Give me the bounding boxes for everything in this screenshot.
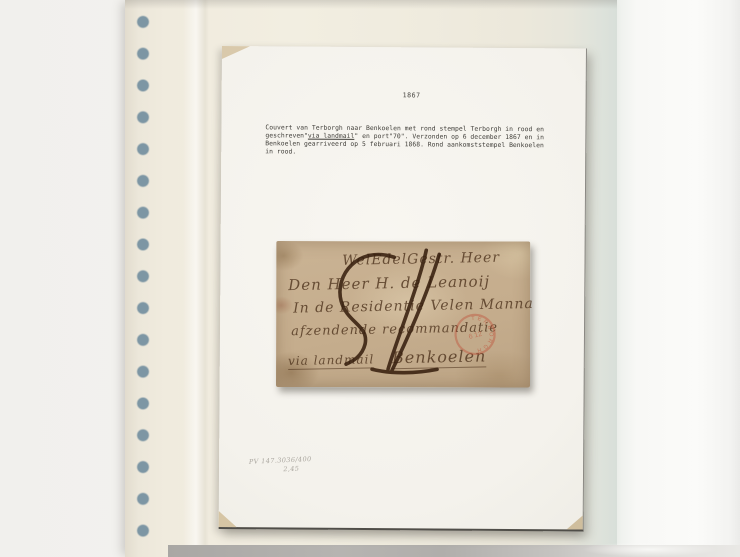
page-title-year: 1867 [266,91,558,101]
background-surface [617,0,740,557]
handwriting-line: In de Residentie Velen Manna [293,296,534,317]
album-page-photo: KA-BE 1867 Couvert van Terborgh naar Ben… [0,0,740,557]
corner-fold-top-left [222,46,250,59]
exhibit-sheet: 1867 Couvert van Terborgh naar Benkoelen… [219,46,587,532]
page-fold-highlight [183,0,209,557]
page-top-shadow [125,0,617,9]
typed-description: Couvert van Terborgh naar Benkoelen met … [265,124,565,158]
corner-fold-bottom-right [567,515,583,529]
table-surface-highlight [560,538,740,557]
red-circular-postmark: TERBORGH 6 12 [447,307,503,363]
cover-photo: WelEdelGestr. Heer Den Heer H. de Leanoi… [276,241,530,387]
handwriting-line: WelEdelGestr. Heer [342,250,500,269]
pencil-note: PV 147.3036/400 2,45 [249,455,313,476]
svg-text:6 12: 6 12 [468,331,483,341]
handwriting-via-landmail: via landmail [288,352,374,368]
handwriting-line: Den Heer H. de Leanoij [288,272,490,294]
description-text: " en port"70". Verzonden op 6 december 1… [354,133,544,141]
corner-fold-bottom-left [219,511,237,527]
pencil-note-price: 2,45 [283,464,312,474]
underlined-via-landmail: via landmail [308,133,354,140]
description-text: geschreven" [265,132,308,139]
binder-holes [131,6,155,551]
